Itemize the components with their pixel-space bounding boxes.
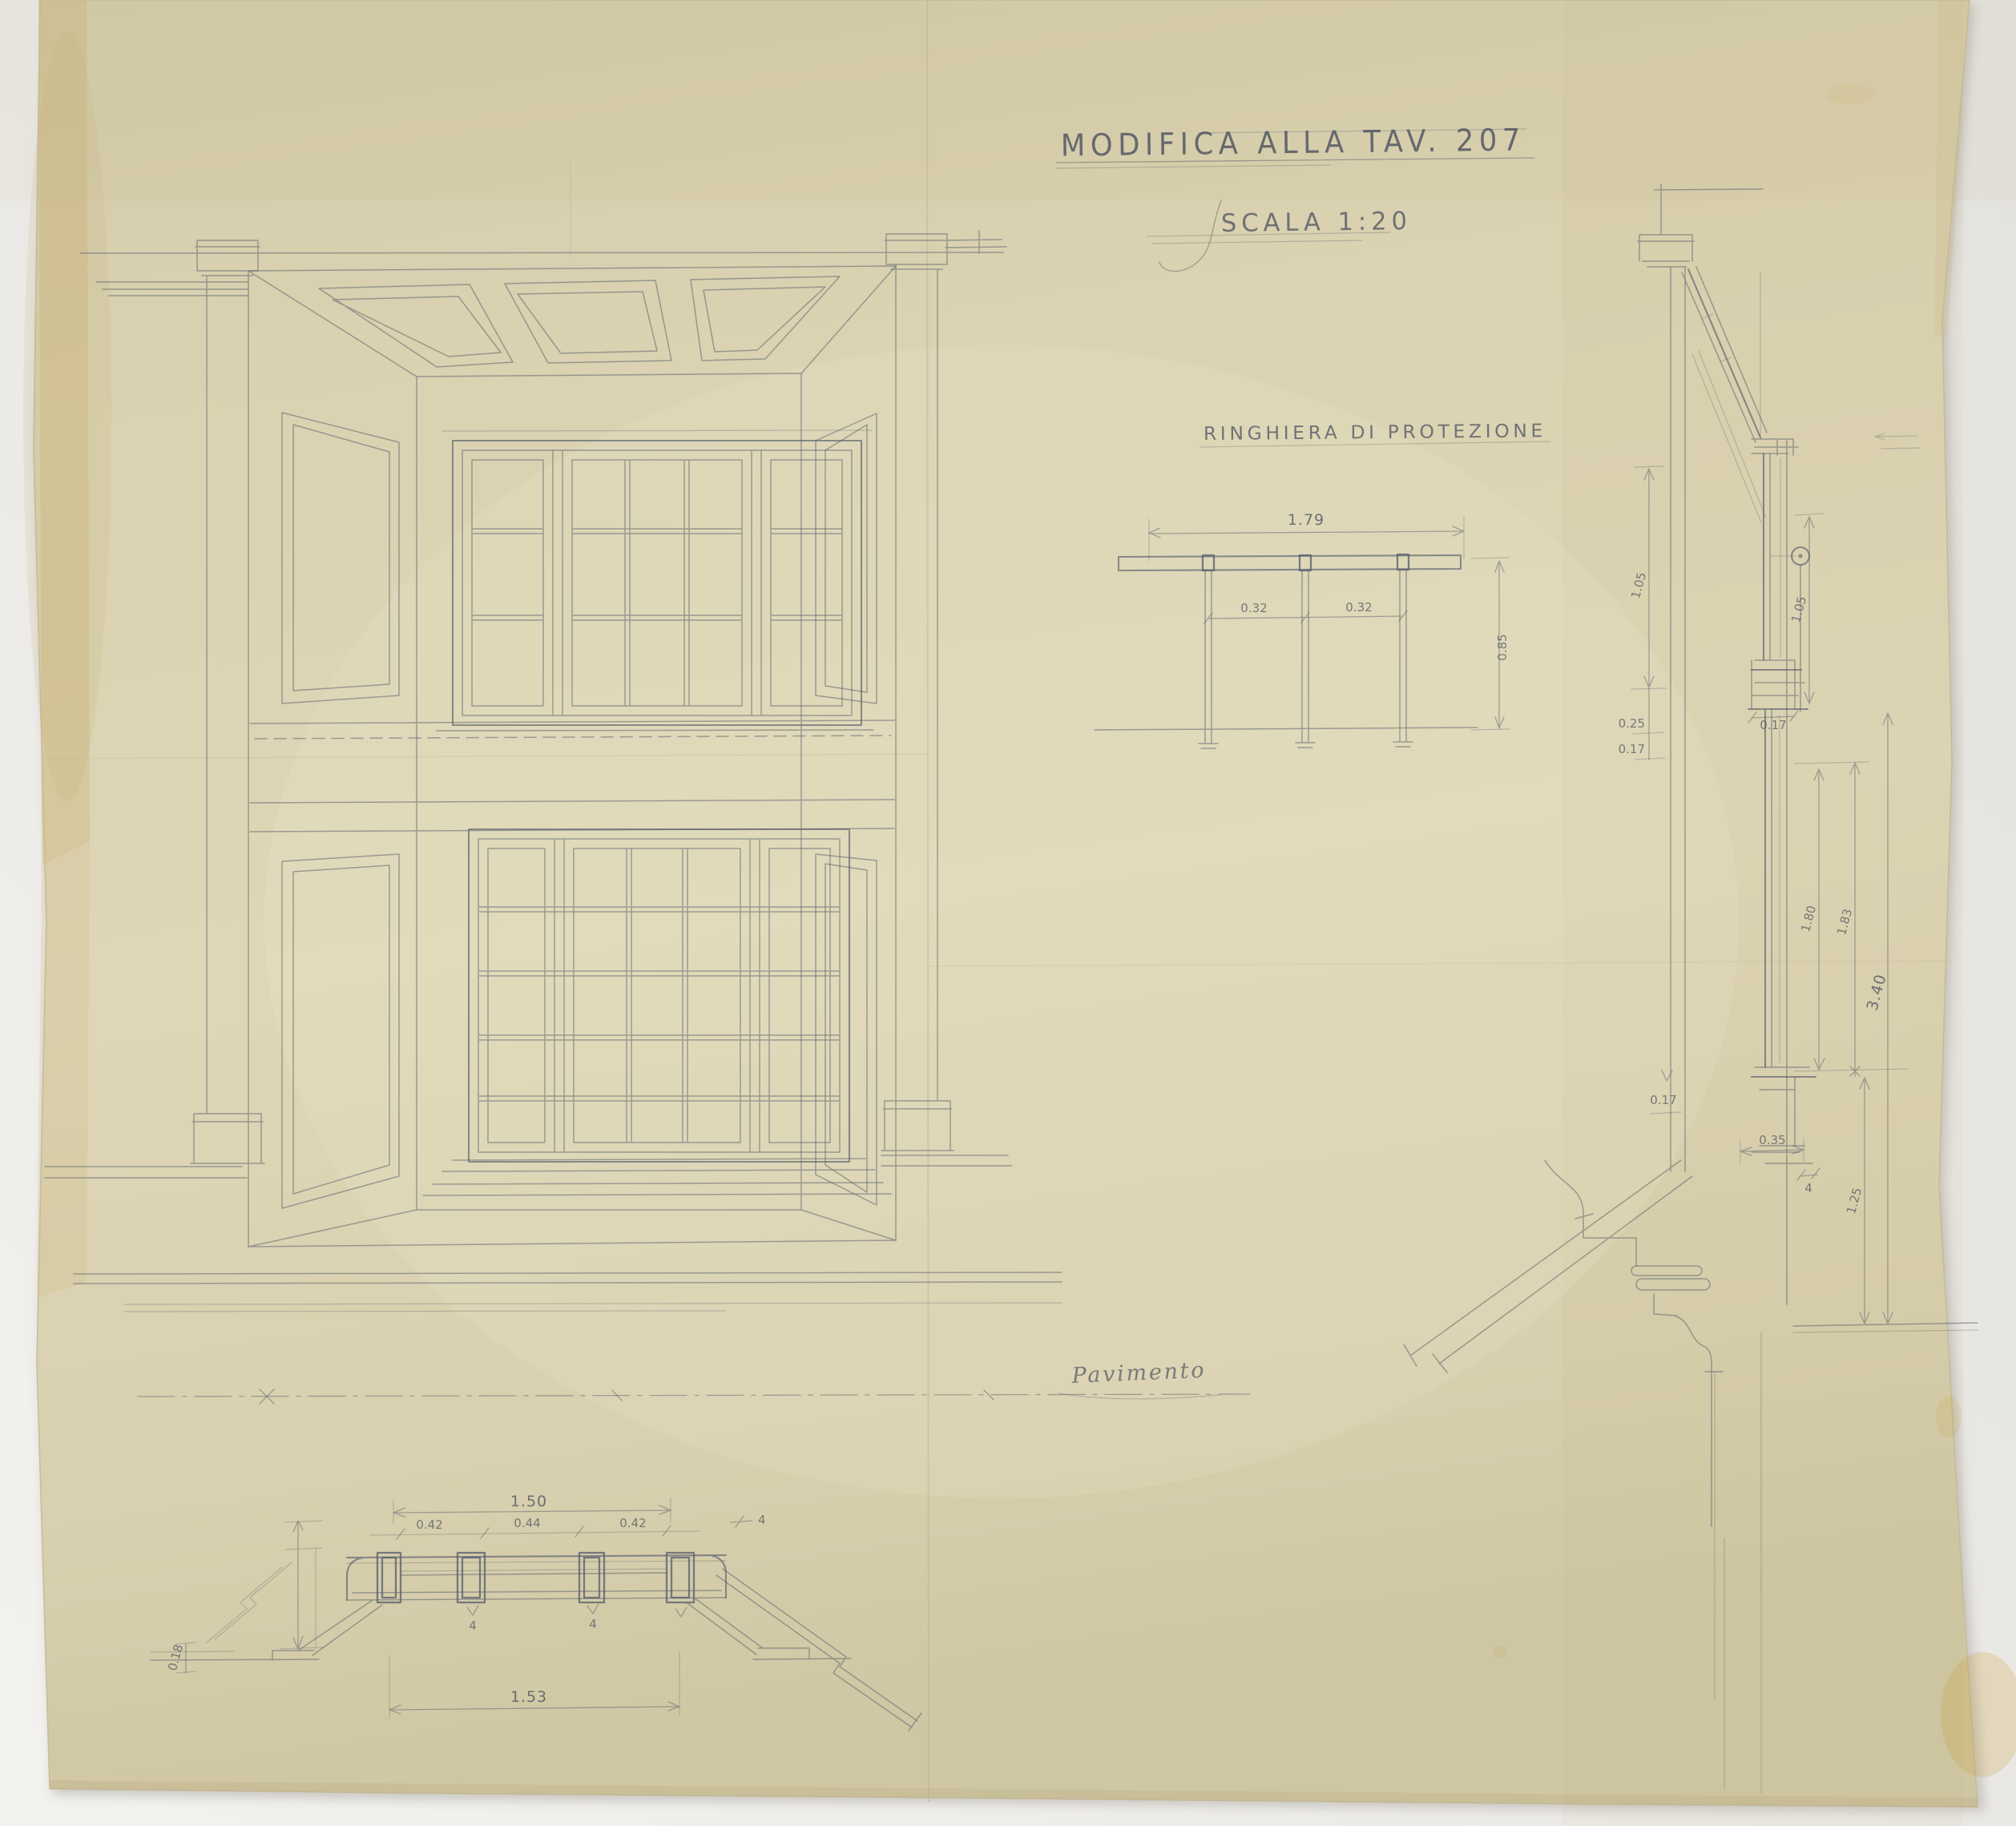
railing-dim-bay-right: 0.32 (1345, 600, 1372, 615)
plan-dim-post-b: 4 (589, 1617, 597, 1631)
photo-of-drawing: Pavimento MODIFICA ALLA TAV. 207 SCALA 1… (0, 0, 2016, 1826)
plan-dim-width-bottom: 1.53 (510, 1688, 547, 1706)
railing-dim-bay-left: 0.32 (1240, 601, 1267, 615)
section-dim-017-b: 0.17 (1760, 718, 1786, 732)
section-dim-025: 0.25 (1619, 716, 1645, 731)
plan-dim-width-top: 1.50 (510, 1493, 547, 1510)
plan-dim-bay-right: 0.42 (619, 1516, 646, 1530)
section-dim-post: 4 (1804, 1181, 1812, 1195)
railing-dim-width: 1.79 (1288, 511, 1325, 529)
section-dim-017-a: 0.17 (1619, 742, 1645, 756)
railing-dim-height: 0.85 (1495, 634, 1510, 660)
section-dim-sill: 0.35 (1759, 1133, 1785, 1147)
section-dim-017-c: 0.17 (1650, 1093, 1676, 1107)
drawing-sheet-svg: Pavimento MODIFICA ALLA TAV. 207 SCALA 1… (0, 0, 2016, 1826)
title-line2: SCALA 1:20 (1221, 207, 1412, 238)
plan-dim-corner: 4 (758, 1513, 766, 1527)
railing-label: RINGHIERA DI PROTEZIONE (1204, 421, 1546, 445)
plan-dim-bay-mid: 0.44 (514, 1516, 540, 1530)
plan-dim-post-a: 4 (469, 1618, 477, 1633)
plan-dim-bay-left: 0.42 (416, 1518, 442, 1532)
handrail-section-dot (1798, 554, 1802, 558)
title-line1: MODIFICA ALLA TAV. 207 (1061, 122, 1526, 163)
